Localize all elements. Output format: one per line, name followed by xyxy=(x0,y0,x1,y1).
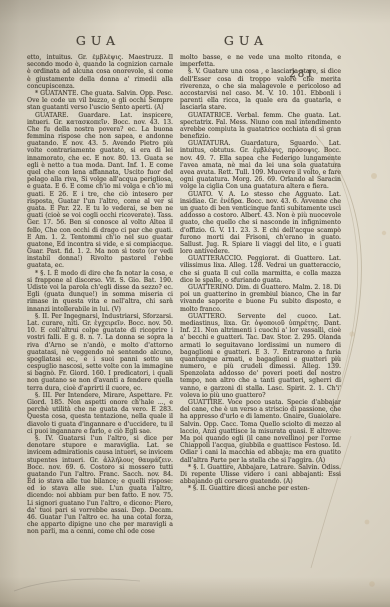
text-block: etto, intuitus. Gr. ἐμβλέψις. Maestruzz.… xyxy=(0,54,390,546)
pencil-mark xyxy=(14,579,140,591)
book-page: GUA GUA 281 etto, intuitus. Gr. ἐμβλέψις… xyxy=(0,0,390,607)
paragraph: GUATATURA. Guardatura, Sguardo. Lat. int… xyxy=(180,140,341,190)
paragraph: GUATTERACCIO. Peggiorat. di Guattero. La… xyxy=(180,255,341,284)
paragraph: * §. I. Guattire, Abbajare, Latrare. Sal… xyxy=(180,464,341,486)
paragraph: etto, intuitus. Gr. ἐμβλέψις. Maestruzz.… xyxy=(27,54,173,90)
paragraph: GUATTERINO. Dim. di Guattero. Malm. 2. 1… xyxy=(180,284,341,313)
paragraph: §. III. Per Intendere, Mirare, Aspettare… xyxy=(27,392,173,435)
paragraph: GUATATRICE. Verbal. femm. Che guata. Lat… xyxy=(180,112,341,141)
foxing-spot xyxy=(369,581,375,587)
paragraph: molto basse, e ne vede una molto ritonda… xyxy=(180,54,341,68)
left-column: etto, intuitus. Gr. ἐμβλέψις. Maestruzz.… xyxy=(27,54,173,546)
paragraph: §. IV. Guatarsi l'un l'altro, si dice pe… xyxy=(27,435,173,536)
paragraph: GUATTERO. Servente del cuoco. Lat. media… xyxy=(180,313,341,399)
running-head-left: GUA xyxy=(68,33,128,48)
paragraph: GUATTIRE. Voce poco usata. Specie d'abba… xyxy=(180,399,341,464)
paragraph: GUATARE. Guardare. Lat. inspicere, intue… xyxy=(27,112,173,270)
paragraph: GUATO. V. A. Lo stesso che Agguato. Lat.… xyxy=(180,191,341,256)
paragraph: §. II. Per Ingegnarsi, Industriarsi, Sfo… xyxy=(27,313,173,392)
running-head-right: GUA xyxy=(216,33,276,48)
paragraph: * §. I. È modo di dire che fa notar la c… xyxy=(27,270,173,313)
running-head: GUA GUA 281 xyxy=(0,33,390,53)
paragraph: * §. II. Guattire dicesi anche per esten… xyxy=(180,485,341,492)
paragraph: §. V. Guatare una cosa , e lasciarla sta… xyxy=(180,68,341,111)
right-column: molto basse, e ne vede una molto ritonda… xyxy=(180,54,341,546)
paragraph: * GUATANTE. Che guata. Salvin. Opp. Pesc… xyxy=(27,90,173,112)
